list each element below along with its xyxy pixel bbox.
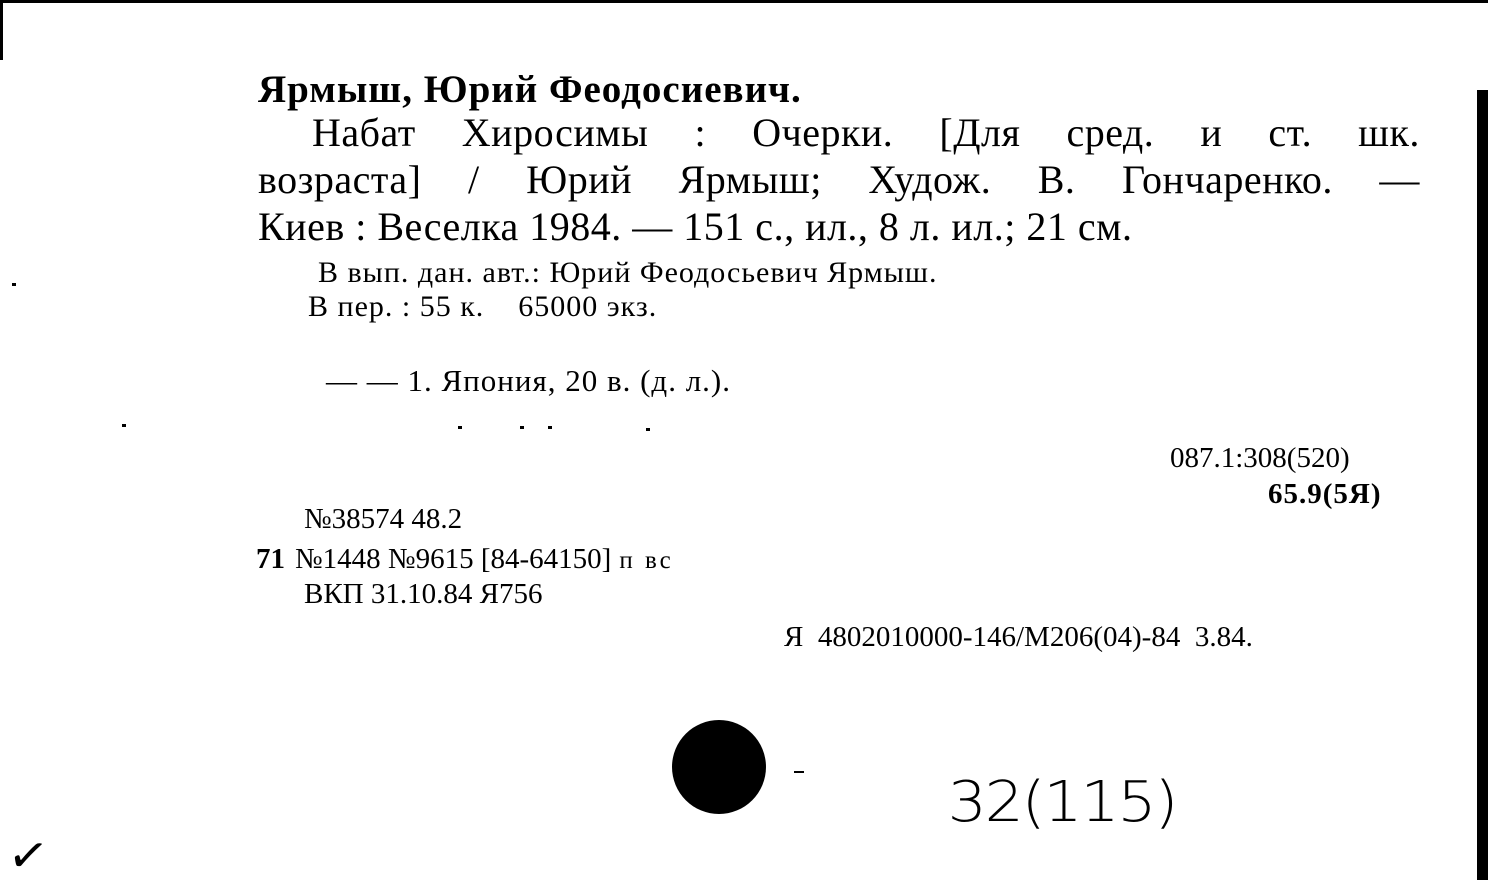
price-print-run-note: В пер. : 55 к. 65000 экз. <box>308 292 657 322</box>
scan-speck <box>794 771 804 773</box>
scan-border-top <box>0 0 1488 3</box>
bbk-classification: 65.9(5Я) <box>1268 480 1382 509</box>
word: сред. <box>1066 113 1154 153</box>
subject-heading: — — 1. Япония, 20 в. (д. л.). <box>326 365 731 396</box>
author-data-note: В вып. дан. авт.: Юрий Феодосьевич Ярмыш… <box>318 258 937 288</box>
scan-speck <box>548 426 552 429</box>
index-code: Я 4802010000-146/М206(04)-84 3.84. <box>784 623 1253 652</box>
record-codes: №1448 №9615 [84-64150] <box>295 543 611 575</box>
word: Набат <box>312 113 416 153</box>
publication-record-1: №38574 48.2 <box>304 505 462 534</box>
word: — <box>1379 160 1420 200</box>
word: Хиросимы <box>462 113 649 153</box>
punch-hole-icon <box>672 720 766 814</box>
word: В. <box>1038 160 1076 200</box>
word: шк. <box>1358 113 1420 153</box>
scan-border-left <box>0 0 3 60</box>
word: [Для <box>939 113 1020 153</box>
title-line-2: возраста]/ЮрийЯрмыш;Худож.В.Гончаренко.— <box>258 160 1420 200</box>
scan-speck <box>520 426 524 429</box>
scan-speck <box>646 428 650 431</box>
word: Худож. <box>868 160 991 200</box>
word: : <box>695 113 707 153</box>
word: и <box>1200 113 1222 153</box>
title-line-1: НабатХиросимы:Очерки.[Длясред.ист.шк. <box>312 113 1420 153</box>
record-suffix: п вс <box>619 547 673 574</box>
handwritten-note: 32(115) <box>948 770 1177 835</box>
scan-speck <box>458 426 462 429</box>
word: / <box>468 160 480 200</box>
word: Очерки. <box>752 113 893 153</box>
imprint-line: Киев : Веселка 1984. — 151 с., ил., 8 л.… <box>258 207 1132 247</box>
word: ст. <box>1268 113 1312 153</box>
catalog-card: Ярмыш, Юрий Феодосиевич. НабатХиросимы:О… <box>0 0 1488 880</box>
word: Юрий <box>526 160 632 200</box>
word: Гончаренко. <box>1122 160 1333 200</box>
scan-border-right <box>1477 90 1488 880</box>
scan-speck <box>122 424 126 427</box>
scan-speck <box>12 283 16 286</box>
word: возраста] <box>258 160 421 200</box>
record-number: 71 <box>256 543 285 575</box>
publication-record-2: 71№1448 №9615 [84-64150]п вс <box>256 545 674 574</box>
publication-record-3: ВКП 31.10.84 Я756 <box>304 580 542 609</box>
author-heading: Ярмыш, Юрий Феодосиевич. <box>258 70 802 109</box>
check-mark-icon: ✓ <box>4 825 52 880</box>
udc-classification: 087.1:308(520) <box>1170 444 1350 473</box>
word: Ярмыш; <box>679 160 822 200</box>
